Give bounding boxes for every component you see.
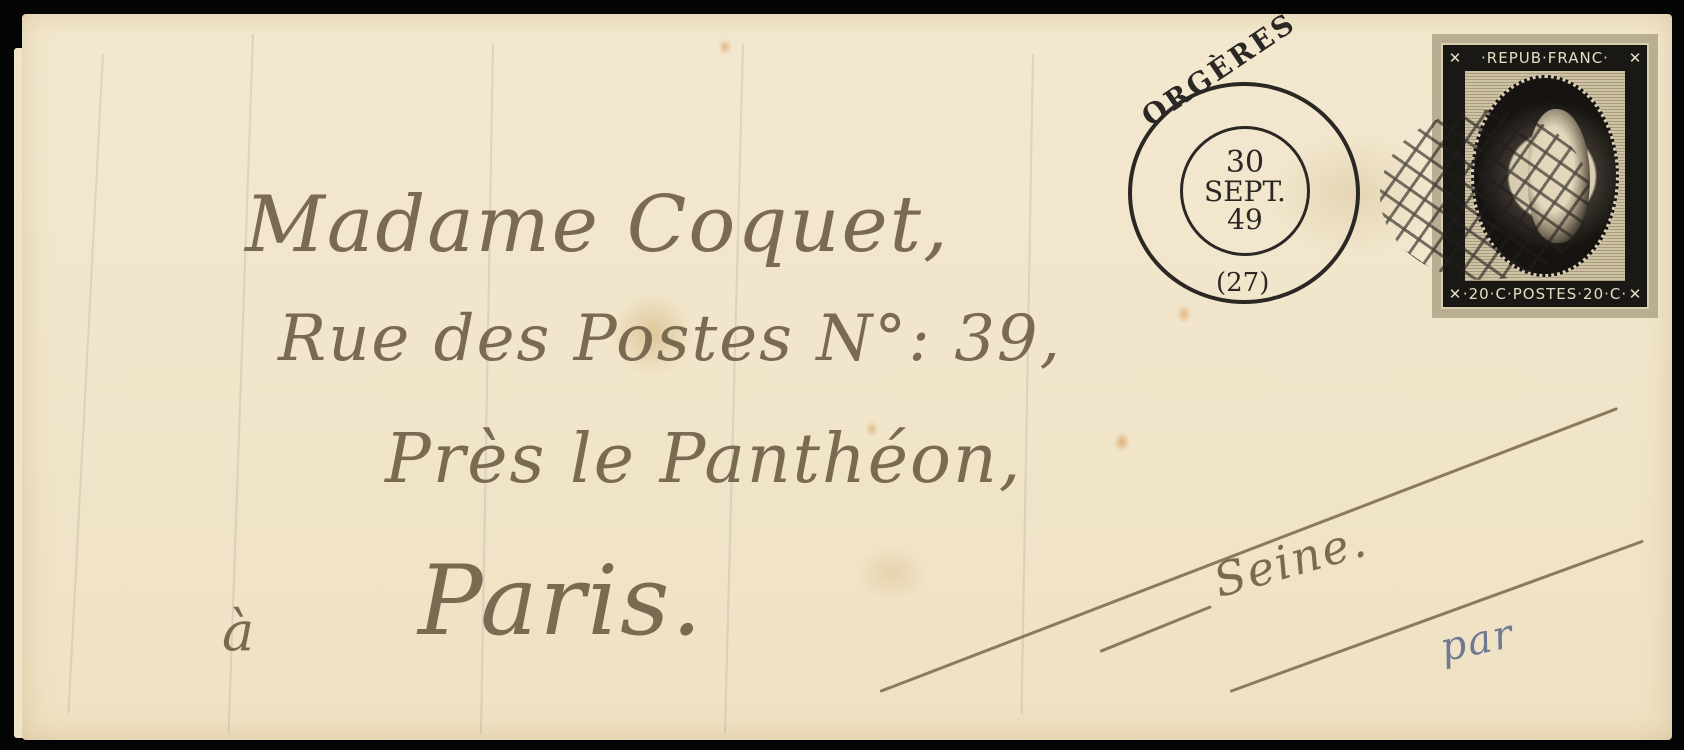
stamp-bottom-inscription: ·20·C·POSTES·20·C· — [1467, 283, 1623, 305]
stamp-top-inscription: ·REPUB·FRANC· — [1467, 47, 1623, 69]
postmark-month: SEPT. — [1204, 178, 1286, 206]
envelope — [22, 14, 1672, 740]
postmark-day: 30 — [1226, 148, 1264, 178]
postmark-date-circle: 30 SEPT. 49 — [1180, 126, 1310, 256]
postmark: ORGÈRES 30 SEPT. 49 (27) — [1128, 82, 1360, 304]
pencil-mark — [1020, 54, 1034, 714]
address-city: Paris. — [418, 545, 704, 657]
address-line-3: Près le Panthéon, — [385, 420, 1022, 499]
stamp-corner-x-icon: ✕ — [1445, 47, 1465, 69]
postmark-department: (27) — [1216, 268, 1269, 298]
postmark-year: 49 — [1227, 206, 1263, 234]
address-line-1: Madame Coquet, — [245, 180, 950, 270]
stamp-corner-x-icon: ✕ — [1625, 47, 1645, 69]
pencil-mark — [67, 54, 104, 713]
address-line-2: Rue des Postes N°: 39, — [278, 302, 1062, 376]
stamp-corner-x-icon: ✕ — [1625, 283, 1645, 305]
grid-cancel-mark — [1380, 110, 1590, 280]
address-prefix: à — [222, 600, 256, 663]
pencil-mark — [724, 44, 744, 734]
